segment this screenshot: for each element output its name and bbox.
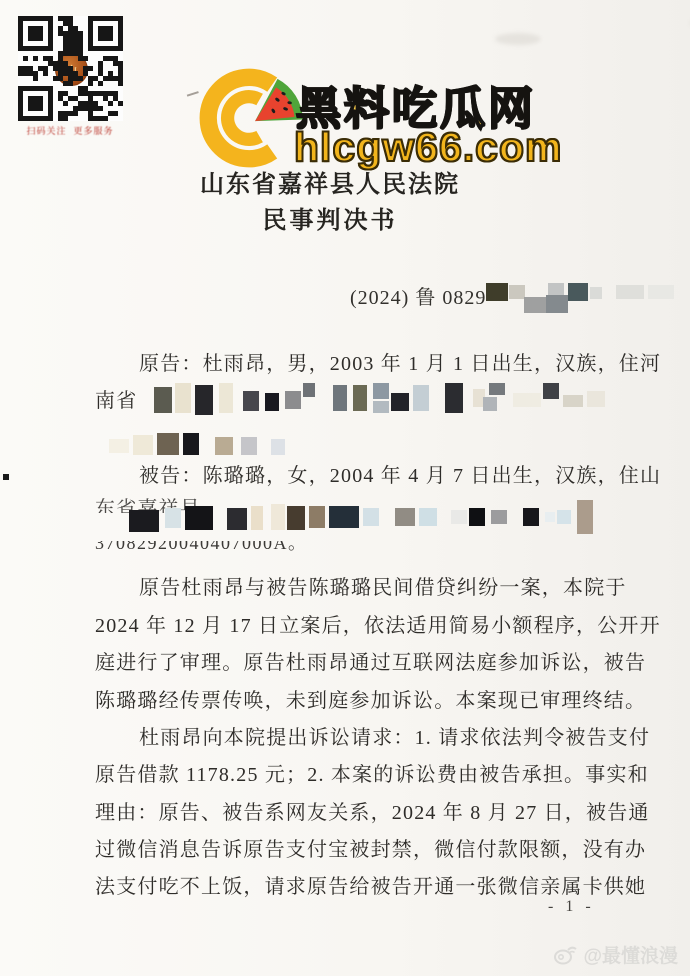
- weibo-icon: [553, 944, 579, 966]
- body-line: 37082920040407000A。: [95, 533, 630, 570]
- watermelon-logo-icon: [196, 60, 310, 172]
- photo-credit: @最懂浪漫: [553, 941, 678, 968]
- scan-smudge: [495, 33, 541, 45]
- address-redaction: [95, 496, 630, 533]
- body-line: 原告借款 1178.25 元；2. 本案的诉讼费由被告承担。事实和: [95, 757, 630, 794]
- judgment-scan-page: 山 扫码关注 更多服务 黑料吃瓜网 hlcgw66.com 山东省嘉祥县人民法院…: [0, 0, 690, 976]
- address-redaction: [95, 421, 630, 458]
- body-line: 东省嘉祥县: [95, 496, 630, 533]
- qr-block: 山 扫码关注 更多服务: [18, 16, 122, 137]
- qr-finder-icon: [18, 16, 53, 51]
- case-number-text: (2024) 鲁 0829: [350, 281, 486, 310]
- judgment-body: 原告：杜雨昂，男，2003 年 1 月 1 日出生，汉族，住河 南省 被告：陈璐…: [95, 346, 630, 907]
- qr-code: 山: [18, 16, 123, 121]
- body-line: 庭进行了审理。原告杜雨昂通过互联网法庭参加诉讼，被告: [95, 645, 630, 682]
- ink-dot-artifact: [3, 474, 9, 480]
- page-number: - 1 -: [548, 898, 595, 916]
- body-line: 被告：陈璐璐，女，2004 年 4 月 7 日出生，汉族，住山: [95, 458, 630, 495]
- case-number: (2024) 鲁 0829: [350, 281, 686, 319]
- id-number-clipped: 37082920040407000A。: [95, 541, 308, 557]
- case-number-redaction: [486, 281, 686, 319]
- body-line: 陈璐璐经传票传唤，未到庭参加诉讼。本案现已审理终结。: [95, 683, 630, 720]
- qr-finder-icon: [88, 16, 123, 51]
- watermark-site-url: hlcgw66.com: [294, 124, 562, 171]
- body-line: 杜雨昂向本院提出诉讼请求：1. 请求依法判令被告支付: [95, 720, 630, 757]
- body-line: 理由：原告、被告系网友关系，2024 年 8 月 27 日，被告通: [95, 795, 630, 832]
- qr-finder-icon: [18, 86, 53, 121]
- body-line: 南省: [95, 383, 630, 420]
- body-line: 2024 年 12 月 17 日立案后，依法适用简易小额程序，公开开: [95, 608, 630, 645]
- qr-caption: 扫码关注 更多服务: [18, 124, 122, 137]
- doc-type-title: 民事判决书: [0, 200, 675, 235]
- address-redaction: [95, 383, 630, 420]
- body-line: 原告杜雨昂与被告陈璐璐民间借贷纠纷一案，本院于: [95, 570, 630, 607]
- photo-credit-text: @最懂浪漫: [583, 941, 678, 968]
- body-line: [95, 421, 630, 458]
- body-line: 原告：杜雨昂，男，2003 年 1 月 1 日出生，汉族，住河: [95, 346, 630, 383]
- body-line: 过微信消息告诉原告支付宝被封禁，微信付款限额，没有办: [95, 832, 630, 869]
